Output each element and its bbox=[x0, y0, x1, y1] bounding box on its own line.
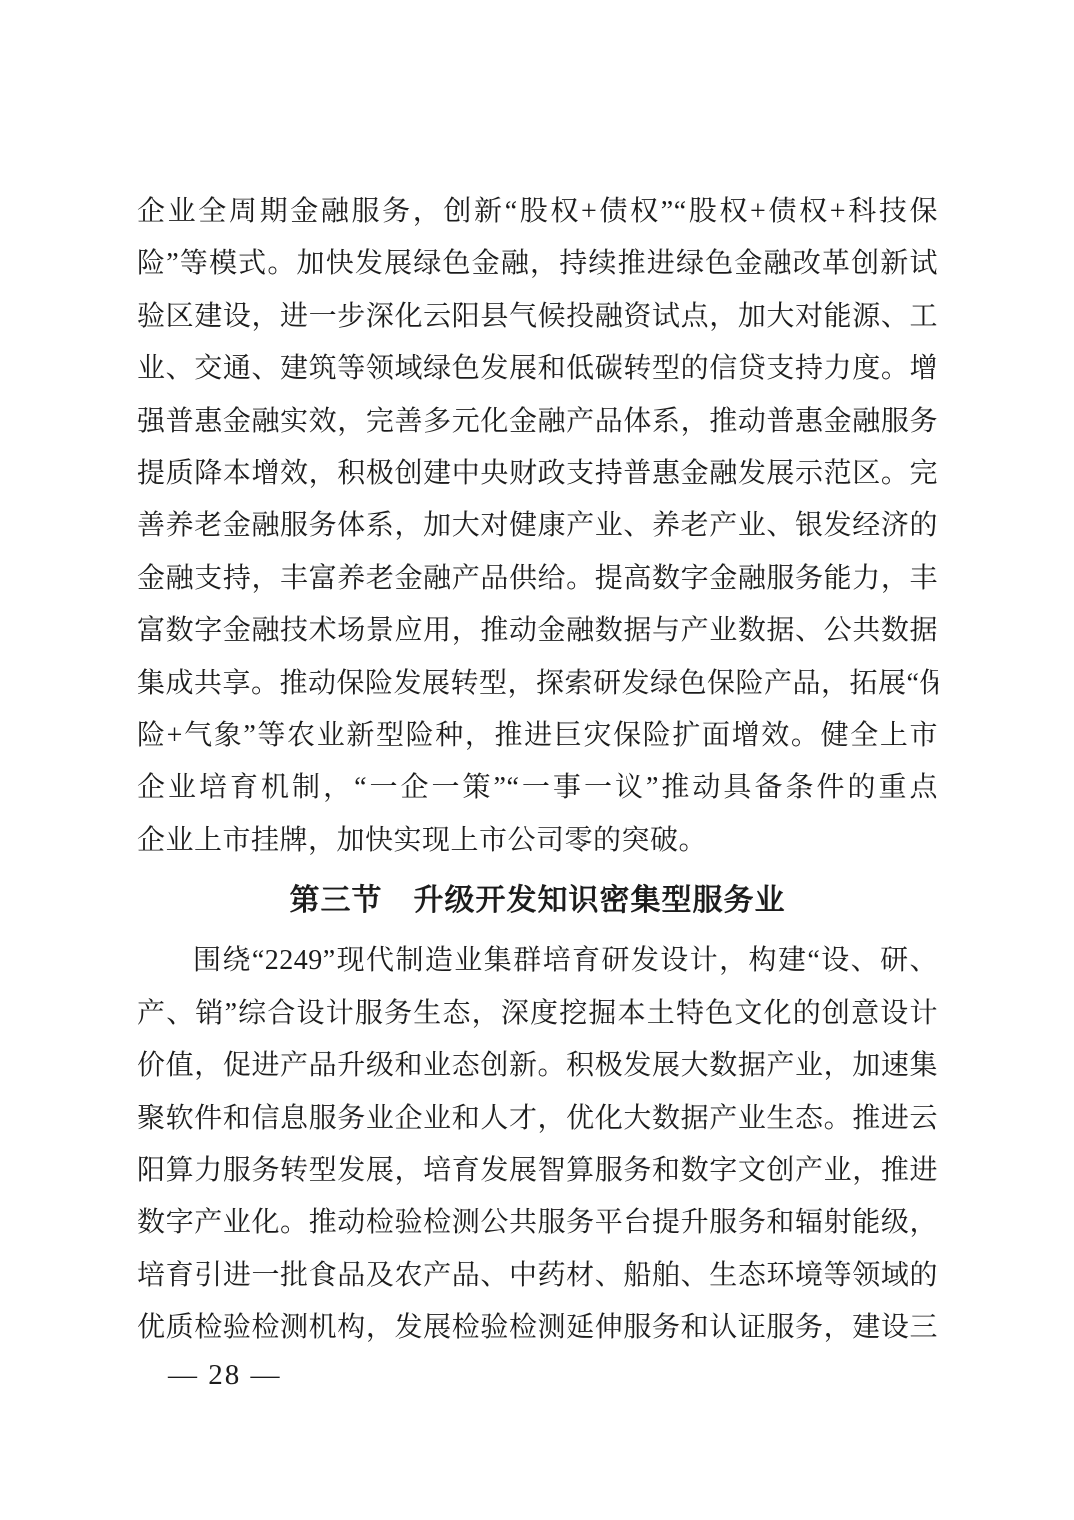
paragraph-body: 围绕“2249”现代制造业集群培育研发设计，构建“设、研、 产、销”综合设计服务… bbox=[137, 935, 938, 1354]
body-text-line: 集成共享。推动保险发展转型，探索研发绿色保险产品，拓展“保 bbox=[137, 658, 938, 710]
body-text-line: 围绕“2249”现代制造业集群培育研发设计，构建“设、研、 bbox=[137, 935, 938, 987]
body-text-line: 企业培育机制，“一企一策”“一事一议”推动具备条件的重点 bbox=[137, 762, 938, 814]
document-page: 企业全周期金融服务，创新“股权+债权”“股权+债权+科技保 险”等模式。加快发展… bbox=[0, 0, 1074, 1520]
body-text-line: 产、销”综合设计服务生态，深度挖掘本土特色文化的创意设计 bbox=[137, 988, 938, 1040]
body-text-line: 金融支持，丰富养老金融产品供给。提高数字金融服务能力，丰 bbox=[137, 553, 938, 605]
body-text-line: 优质检验检测机构，发展检验检测延伸服务和认证服务，建设三 bbox=[137, 1302, 938, 1354]
section-heading: 第三节 升级开发知识密集型服务业 bbox=[137, 875, 938, 927]
body-text-line: 价值，促进产品升级和业态创新。积极发展大数据产业，加速集 bbox=[137, 1040, 938, 1092]
body-text-line: 验区建设，进一步深化云阳县气候投融资试点，加大对能源、工 bbox=[137, 291, 938, 343]
page-number: — 28 — bbox=[168, 1358, 282, 1392]
body-text-line: 聚软件和信息服务业企业和人才，优化大数据产业生态。推进云 bbox=[137, 1093, 938, 1145]
page-content: 企业全周期金融服务，创新“股权+债权”“股权+债权+科技保 险”等模式。加快发展… bbox=[137, 186, 938, 1355]
body-text-line: 企业上市挂牌，加快实现上市公司零的突破。 bbox=[137, 815, 938, 867]
body-text-line: 强普惠金融实效，完善多元化金融产品体系，推动普惠金融服务 bbox=[137, 396, 938, 448]
body-text-line: 阳算力服务转型发展，培育发展智算服务和数字文创产业，推进 bbox=[137, 1145, 938, 1197]
body-text-line: 企业全周期金融服务，创新“股权+债权”“股权+债权+科技保 bbox=[137, 186, 938, 238]
body-text-line: 提质降本增效，积极创建中央财政支持普惠金融发展示范区。完 bbox=[137, 448, 938, 500]
body-text-line: 业、交通、建筑等领域绿色发展和低碳转型的信贷支持力度。增 bbox=[137, 343, 938, 395]
body-text-line: 险+气象”等农业新型险种，推进巨灾保险扩面增效。健全上市 bbox=[137, 710, 938, 762]
body-text-line: 险”等模式。加快发展绿色金融，持续推进绿色金融改革创新试 bbox=[137, 238, 938, 290]
body-text-line: 数字产业化。推动检验检测公共服务平台提升服务和辐射能级， bbox=[137, 1197, 938, 1249]
body-text-line: 培育引进一批食品及农产品、中药材、船舶、生态环境等领域的 bbox=[137, 1250, 938, 1302]
body-text-line: 善养老金融服务体系，加大对健康产业、养老产业、银发经济的 bbox=[137, 500, 938, 552]
body-text-line: 富数字金融技术场景应用，推动金融数据与产业数据、公共数据 bbox=[137, 605, 938, 657]
paragraph-continuation: 企业全周期金融服务，创新“股权+债权”“股权+债权+科技保 险”等模式。加快发展… bbox=[137, 186, 938, 867]
